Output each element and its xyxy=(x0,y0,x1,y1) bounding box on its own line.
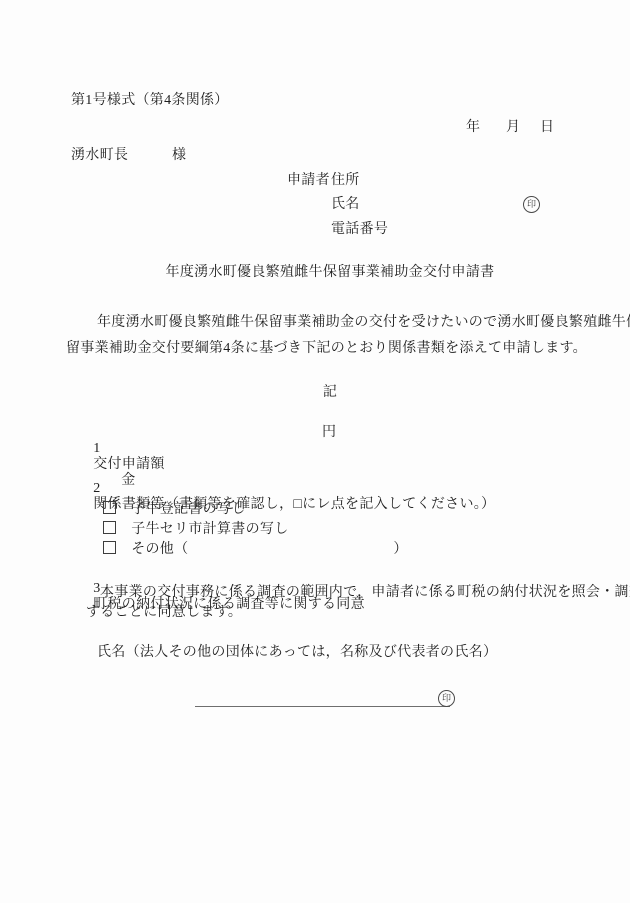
item1-amount-unit: 円 xyxy=(322,425,336,441)
addressee-name: 湧水町長 xyxy=(71,148,128,164)
opening-year-blank[interactable] xyxy=(66,313,96,331)
opening-paragraph-line2: 留事業補助金交付要綱第4条に基づき下記のとおり関係書類を添えて申請します。 xyxy=(66,341,587,357)
record-marker: 記 xyxy=(30,385,630,401)
date-year-blank[interactable] xyxy=(400,118,464,136)
item3-body-line2: することに同意します。 xyxy=(86,605,242,621)
date-day-label: 日 xyxy=(540,120,554,136)
applicant-name-blank[interactable] xyxy=(365,195,515,213)
date-month-label: 月 xyxy=(506,120,520,136)
applicant-label: 申請者 xyxy=(287,173,330,189)
opening-paragraph-line1: 年度湧水町優良繁殖雌牛保留事業補助金の交付を受けたいので湧水町優良繁殖雌牛保 xyxy=(97,315,630,331)
applicant-name-label: 氏名 xyxy=(331,197,360,213)
item1-number: 1 xyxy=(93,441,115,457)
addressee-honorific: 様 xyxy=(172,148,186,164)
checkbox-label-other: その他（ xyxy=(131,542,188,557)
date-year-label: 年 xyxy=(466,120,480,136)
applicant-address-blank[interactable] xyxy=(365,171,515,189)
signature-line[interactable] xyxy=(195,692,450,707)
applicant-phone-blank[interactable] xyxy=(400,220,550,238)
form-number: 第1号様式（第4条関係） xyxy=(71,93,229,109)
signature-name-note: 氏名（法人その他の団体にあっては，名称及び代表者の氏名） xyxy=(97,645,497,661)
date-month-blank[interactable] xyxy=(482,118,504,136)
document-title: 年度湧水町優良繁殖雌牛保留事業補助金交付申請書 xyxy=(30,265,630,281)
signature-seal-icon: 印 xyxy=(438,690,455,707)
item1-amount-blank[interactable] xyxy=(200,423,318,441)
applicant-seal-icon: 印 xyxy=(523,196,540,213)
applicant-phone-label: 電話番号 xyxy=(331,222,388,238)
checkbox-other[interactable] xyxy=(103,541,116,554)
application-form-document: 第1号様式（第4条関係） 年 月 日 湧水町長 様 申請者 住所 氏名 印 電話… xyxy=(0,0,630,903)
checkbox-label-other-close: ） xyxy=(393,542,407,557)
date-day-blank[interactable] xyxy=(522,118,538,136)
applicant-address-label: 住所 xyxy=(331,173,360,189)
item3-body-line1: 本事業の交付事務に係る調査の範囲内で，申請者に係る町税の納付状況を照会・調査 xyxy=(100,585,630,601)
